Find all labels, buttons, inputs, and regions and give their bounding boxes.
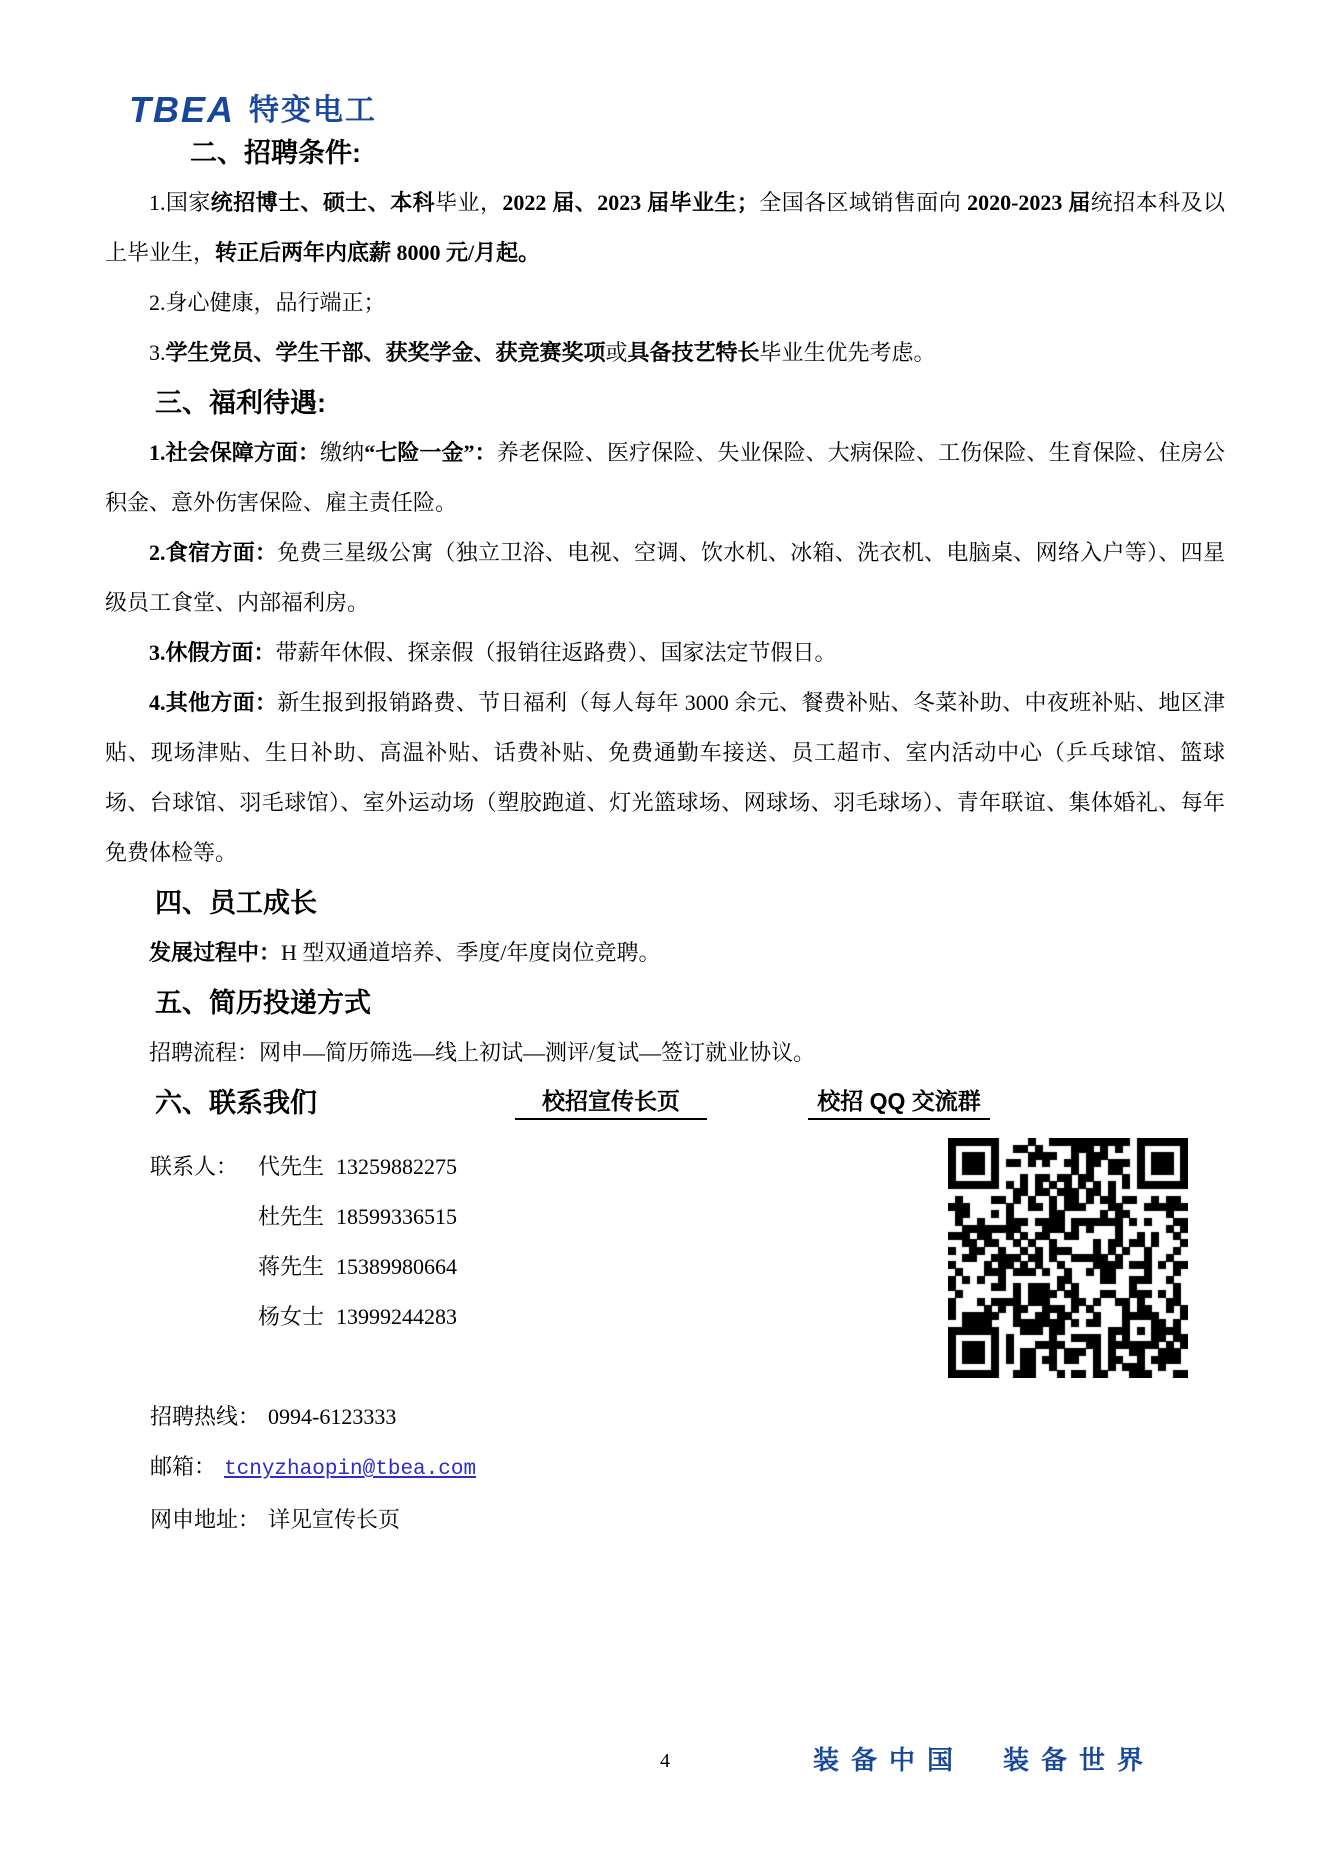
paragraph-benefits-other: 4.其他方面：新生报到报销路费、节日福利（每人每年 3000 余元、餐费补贴、冬… — [105, 678, 1225, 878]
contact-entry: 代先生13259882275 — [258, 1142, 457, 1192]
hotline-label: 招聘热线： — [150, 1404, 260, 1429]
contact-entry: 蒋先生15389980664 — [258, 1242, 457, 1292]
hotline-row: 招聘热线：0994-6123333 — [150, 1392, 1225, 1442]
campus-poster-column-header: 校招宣传长页 — [515, 1084, 707, 1120]
paragraph-benefits-vacation: 3.休假方面：带薪年休假、探亲假（报销往返路费）、国家法定节假日。 — [105, 628, 1225, 678]
web-apply-label: 网申地址： — [150, 1507, 260, 1532]
heading-resume-delivery: 五、简历投递方式 — [105, 978, 1225, 1028]
document-page: TBEA 特变电工 二、招聘条件: 1.国家统招博士、硕士、本科毕业，2022 … — [0, 0, 1323, 1871]
campus-qq-group-column-header: 校招 QQ 交流群 — [808, 1084, 990, 1120]
paragraph-benefits-lodging: 2.食宿方面：免费三星级公寓（独立卫浴、电视、空调、饮水机、冰箱、洗衣机、电脑桌… — [105, 528, 1225, 628]
contacts-label: 联系人： — [150, 1142, 258, 1342]
paragraph-benefits-insurance: 1.社会保障方面：缴纳“七险一金”：养老保险、医疗保险、失业保险、大病保险、工伤… — [105, 428, 1225, 528]
tbea-logo-latin: TBEA — [129, 92, 235, 128]
heading-contact-us: 六、联系我们 — [105, 1078, 317, 1128]
contact-phone: 18599336515 — [336, 1204, 457, 1229]
contact-header-row: 六、联系我们 校招宣传长页 校招 QQ 交流群 — [105, 1078, 1225, 1128]
contact-name: 杨女士 — [258, 1304, 324, 1329]
contacts-list: 代先生13259882275 杜先生18599336515 蒋先生1538998… — [258, 1142, 457, 1342]
email-label: 邮箱： — [150, 1454, 216, 1479]
contact-phone: 13259882275 — [336, 1154, 457, 1179]
contact-name: 蒋先生 — [258, 1254, 324, 1279]
hotline-number: 0994-6123333 — [268, 1404, 396, 1429]
contact-name: 代先生 — [258, 1154, 324, 1179]
email-row: 邮箱：tcnyzhaopin@tbea.com — [150, 1442, 1225, 1495]
email-link[interactable]: tcnyzhaopin@tbea.com — [224, 1458, 476, 1481]
paragraph-growth: 发展过程中：H 型双通道培养、季度/年度岗位竞聘。 — [105, 928, 1225, 978]
qq-group-qr-code — [948, 1138, 1188, 1378]
web-apply-value: 详见宣传长页 — [268, 1507, 400, 1532]
heading-recruit-conditions: 二、招聘条件: — [105, 128, 1225, 178]
paragraph-conditions-2: 2.身心健康，品行端正； — [105, 278, 1225, 328]
qq-group-qr-container — [948, 1138, 1188, 1378]
paragraph-recruit-process: 招聘流程：网申—简历筛选—线上初试—测评/复试—签订就业协议。 — [105, 1028, 1225, 1078]
heading-employee-growth: 四、员工成长 — [105, 878, 1225, 928]
recruit-info-block: 招聘热线：0994-6123333 邮箱：tcnyzhaopin@tbea.co… — [105, 1392, 1225, 1545]
contact-phone: 13999244283 — [336, 1304, 457, 1329]
heading-benefits: 三、福利待遇: — [105, 378, 1225, 428]
web-apply-row: 网申地址：详见宣传长页 — [150, 1495, 1225, 1545]
contact-name: 杜先生 — [258, 1204, 324, 1229]
footer-slogan: 装备中国 装备世界 — [813, 1740, 1155, 1777]
contact-entry: 杜先生18599336515 — [258, 1192, 457, 1242]
contact-entry: 杨女士13999244283 — [258, 1292, 457, 1342]
paragraph-conditions-3: 3.学生党员、学生干部、获奖学金、获竞赛奖项或具备技艺特长毕业生优先考虑。 — [105, 328, 1225, 378]
tbea-logo: TBEA 特变电工 — [105, 84, 1225, 128]
contact-phone: 15389980664 — [336, 1254, 457, 1279]
tbea-logo-chinese: 特变电工 — [249, 94, 377, 128]
paragraph-conditions-1: 1.国家统招博士、硕士、本科毕业，2022 届、2023 届毕业生；全国各区域销… — [105, 178, 1225, 278]
